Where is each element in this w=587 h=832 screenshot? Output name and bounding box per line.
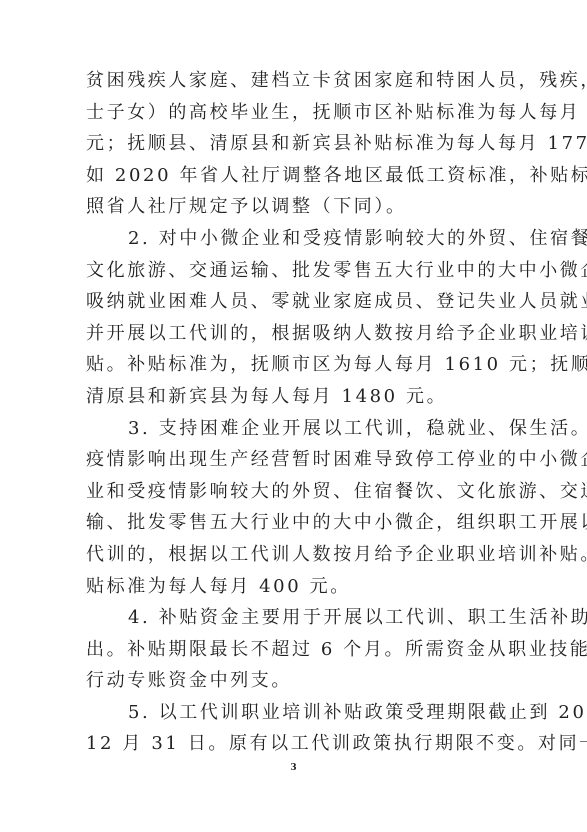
paragraph-item-5: 5. 以工代训职业培训补贴政策受理期限截止到 2020 年 12 月 31 日。… xyxy=(86,697,532,760)
text-line: 贴标准为每人每月 400 元。 xyxy=(86,571,532,603)
paragraph-item-2: 2. 对中小微企业和受疫情影响较大的外贸、住宿餐饮、 文化旅游、交通运输、批发零… xyxy=(86,223,532,413)
text-line: 代训的，根据以工代训人数按月给予企业职业培训补贴。补 xyxy=(86,539,532,571)
paragraph-continued: 贫困残疾人家庭、建档立卡贫困家庭和特困人员，残疾，烈 士子女）的高校毕业生，抚顺… xyxy=(86,65,532,223)
text-line: 贫困残疾人家庭、建档立卡贫困家庭和特困人员，残疾，烈 xyxy=(86,65,532,97)
text-line: 12 月 31 日。原有以工代训政策执行期限不变。对同一人员， xyxy=(86,728,532,760)
text-line: 照省人社厅规定予以调整（下同）。 xyxy=(86,191,532,223)
text-line: 出。补贴期限最长不超过 6 个月。所需资金从职业技能提升 xyxy=(86,634,532,666)
text-line: 如 2020 年省人社厅调整各地区最低工资标准，补贴标准按 xyxy=(86,160,532,192)
page-number: 3 xyxy=(0,763,587,773)
text-line: 4. 补贴资金主要用于开展以工代训、职工生活补助等支 xyxy=(86,602,532,634)
text-line: 2. 对中小微企业和受疫情影响较大的外贸、住宿餐饮、 xyxy=(86,223,532,255)
document-page: 贫困残疾人家庭、建档立卡贫困家庭和特困人员，残疾，烈 士子女）的高校毕业生，抚顺… xyxy=(0,0,587,832)
text-line: 贴。补贴标准为，抚顺市区为每人每月 1610 元；抚顺县、 xyxy=(86,349,532,381)
text-line: 业和受疫情影响较大的外贸、住宿餐饮、文化旅游、交通运 xyxy=(86,476,532,508)
text-line: 元；抚顺县、清原县和新宾县补贴标准为每人每月 1776 元。 xyxy=(86,128,532,160)
paragraph-item-3: 3. 支持困难企业开展以工代训，稳就业、保生活。对受 疫情影响出现生产经营暂时困… xyxy=(86,413,532,603)
text-line: 5. 以工代训职业培训补贴政策受理期限截止到 2020 年 xyxy=(86,697,532,729)
text-line: 并开展以工代训的，根据吸纳人数按月给予企业职业培训补 xyxy=(86,318,532,350)
document-body: 贫困残疾人家庭、建档立卡贫困家庭和特困人员，残疾，烈 士子女）的高校毕业生，抚顺… xyxy=(86,65,532,760)
text-line: 士子女）的高校毕业生，抚顺市区补贴标准为每人每月 1932 xyxy=(86,97,532,129)
text-line: 输、批发零售五大行业中的大中小微企，组织职工开展以工 xyxy=(86,507,532,539)
text-line: 3. 支持困难企业开展以工代训，稳就业、保生活。对受 xyxy=(86,413,532,445)
paragraph-item-4: 4. 补贴资金主要用于开展以工代训、职工生活补助等支 出。补贴期限最长不超过 6… xyxy=(86,602,532,697)
text-line: 行动专账资金中列支。 xyxy=(86,665,532,697)
text-line: 清原县和新宾县为每人每月 1480 元。 xyxy=(86,381,532,413)
text-line: 吸纳就业困难人员、零就业家庭成员、登记失业人员就业， xyxy=(86,286,532,318)
text-line: 文化旅游、交通运输、批发零售五大行业中的大中小微企业， xyxy=(86,255,532,287)
text-line: 疫情影响出现生产经营暂时困难导致停工停业的中小微企 xyxy=(86,444,532,476)
